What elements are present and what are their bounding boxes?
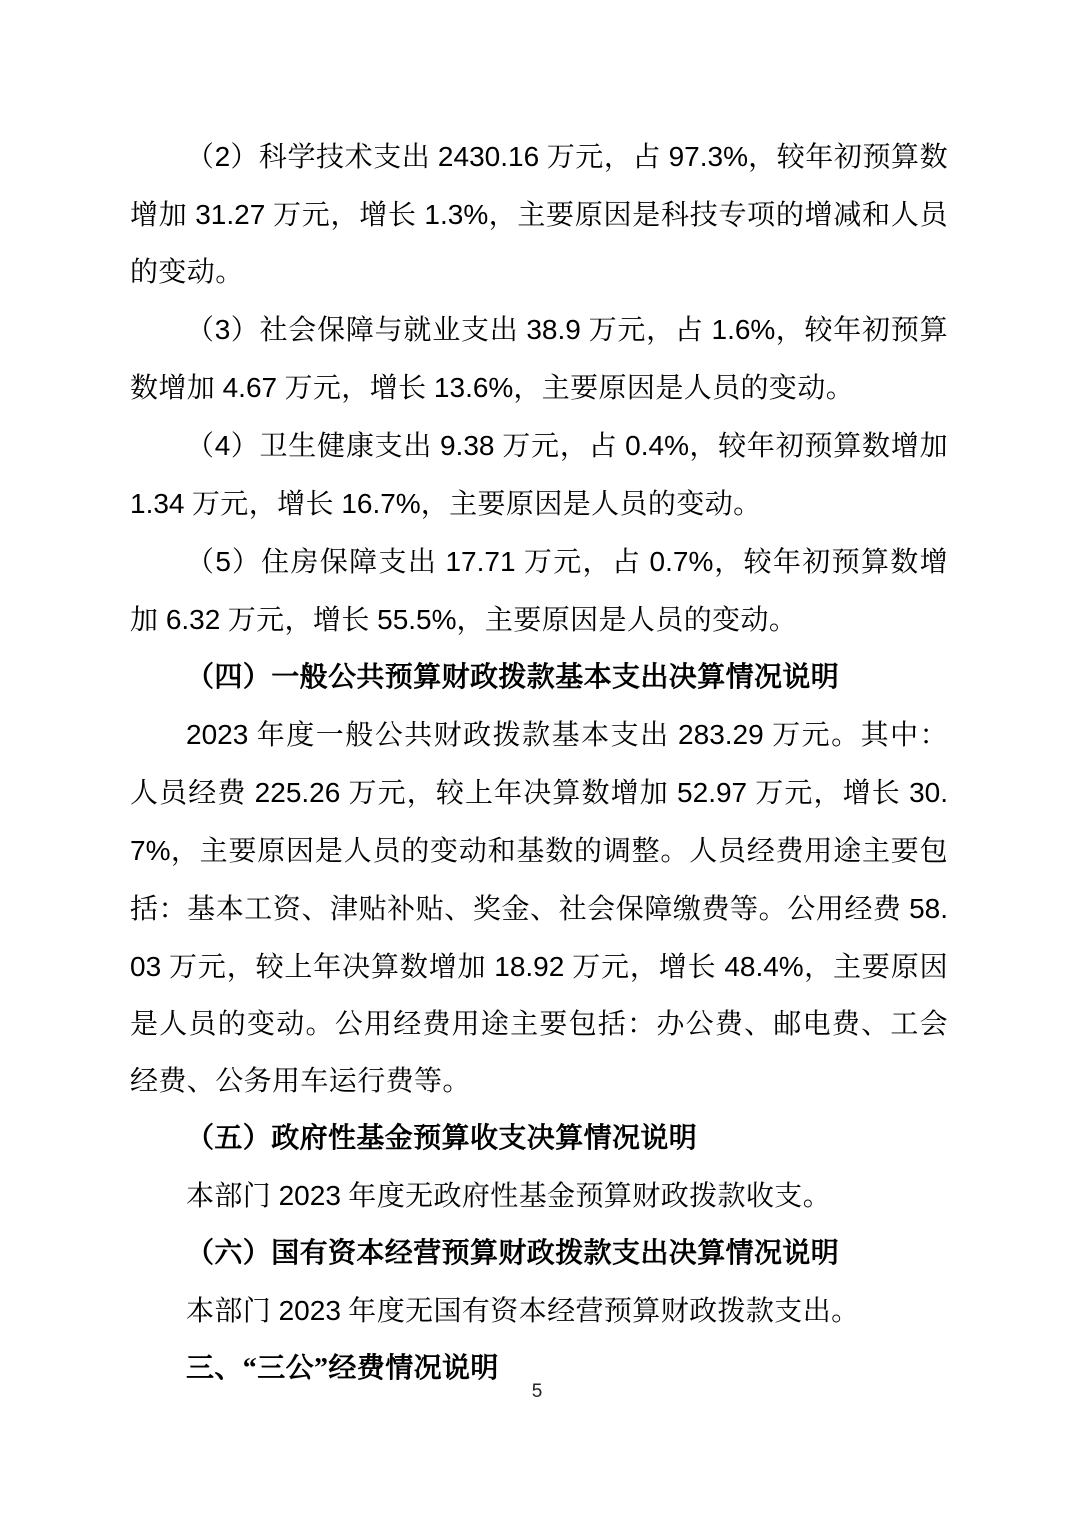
heading-section-4-basic-expenditure: （四）一般公共预算财政拨款基本支出决算情况说明 — [130, 649, 948, 706]
paragraph-housing-expenditure: （5）住房保障支出 17.71 万元，占 0.7%，较年初预算数增加 6.32 … — [130, 533, 948, 649]
document-page: （2）科学技术支出 2430.16 万元，占 97.3%，较年初预算数增加 31… — [0, 0, 1074, 1520]
paragraph-government-funds: 本部门 2023 年度无政府性基金预算财政拨款收支。 — [130, 1167, 948, 1225]
heading-section-6-state-capital: （六）国有资本经营预算财政拨款支出决算情况说明 — [130, 1225, 948, 1282]
paragraph-social-security-expenditure: （3）社会保障与就业支出 38.9 万元，占 1.6%，较年初预算数增加 4.6… — [130, 301, 948, 417]
page-content: （2）科学技术支出 2430.16 万元，占 97.3%，较年初预算数增加 31… — [130, 128, 948, 1397]
paragraph-state-capital: 本部门 2023 年度无国有资本经营预算财政拨款支出。 — [130, 1282, 948, 1340]
paragraph-science-tech-expenditure: （2）科学技术支出 2430.16 万元，占 97.3%，较年初预算数增加 31… — [130, 128, 948, 301]
page-number: 5 — [0, 1380, 1074, 1404]
paragraph-health-expenditure: （4）卫生健康支出 9.38 万元，占 0.4%，较年初预算数增加 1.34 万… — [130, 417, 948, 533]
heading-section-5-government-funds: （五）政府性基金预算收支决算情况说明 — [130, 1110, 948, 1167]
paragraph-basic-expenditure-detail: 2023 年度一般公共财政拨款基本支出 283.29 万元。其中：人员经费 22… — [130, 706, 948, 1110]
